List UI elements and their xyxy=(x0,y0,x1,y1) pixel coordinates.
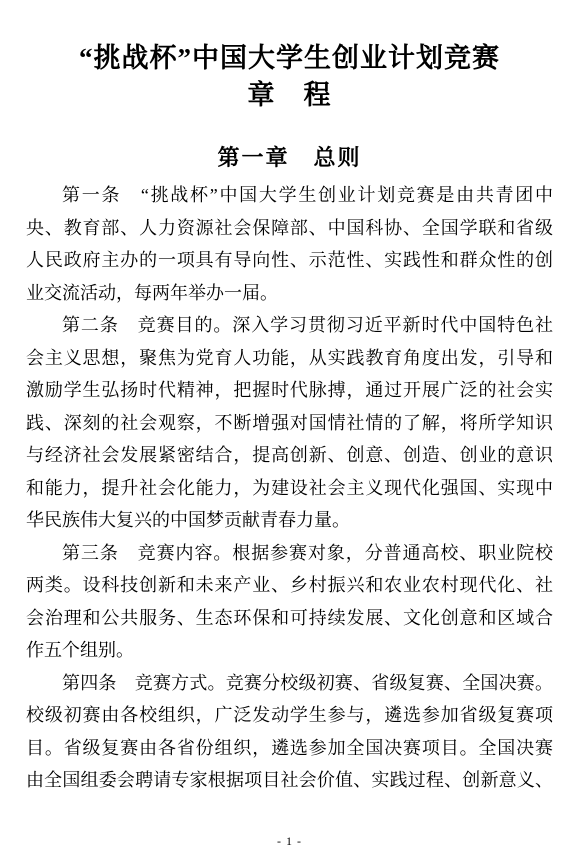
body-line: 会主义思想，聚焦为党育人功能，从实践教育角度出发，引导和 xyxy=(26,342,553,375)
body-line: 业交流活动，每两年举办一届。 xyxy=(26,277,553,310)
document-title: “挑战杯”中国大学生创业计划竞赛 章 程 xyxy=(0,18,579,114)
body-line: 校级初赛由各校组织，广泛发动学生参与，遴选参加省级复赛项 xyxy=(26,699,553,732)
body-line: 由全国组委会聘请专家根据项目社会价值、实践过程、创新意义、 xyxy=(26,764,553,797)
body-line: 华民族伟大复兴的中国梦贡献青春力量。 xyxy=(26,504,553,537)
page-footer: - 1 - xyxy=(0,834,579,849)
paragraph-article-2: 第二条 竞赛目的。深入学习贯彻习近平新时代中国特色社 会主义思想，聚焦为党育人功… xyxy=(26,309,553,537)
body-line: 目。省级复赛由各省份组织，遴选参加全国决赛项目。全国决赛 xyxy=(26,732,553,765)
body-line: 激励学生弘扬时代精神，把握时代脉搏，通过开展广泛的社会实 xyxy=(26,374,553,407)
paragraph-article-3: 第三条 竞赛内容。根据参赛对象，分普通高校、职业院校 两类。设科技创新和未来产业… xyxy=(26,537,553,667)
chapter-heading: 第一章 总则 xyxy=(0,145,579,171)
body-line: 第一条 “挑战杯”中国大学生创业计划竞赛是由共青团中 xyxy=(26,179,553,212)
body-line: 第四条 竞赛方式。竞赛分校级初赛、省级复赛、全国决赛。 xyxy=(26,667,553,700)
body-line: 两类。设科技创新和未来产业、乡村振兴和农业农村现代化、社 xyxy=(26,569,553,602)
body-line: 第二条 竞赛目的。深入学习贯彻习近平新时代中国特色社 xyxy=(26,309,553,342)
paragraph-article-4: 第四条 竞赛方式。竞赛分校级初赛、省级复赛、全国决赛。 校级初赛由各校组织，广泛… xyxy=(26,667,553,797)
document-title-line-1: “挑战杯”中国大学生创业计划竞赛 xyxy=(0,40,579,77)
page-number: - 1 - xyxy=(277,834,302,848)
body-line: 和能力，提升社会化能力，为建设社会主义现代化强国、实现中 xyxy=(26,472,553,505)
body-line: 人民政府主办的一项具有导向性、示范性、实践性和群众性的创 xyxy=(26,244,553,277)
paragraph-article-1: 第一条 “挑战杯”中国大学生创业计划竞赛是由共青团中 央、教育部、人力资源社会保… xyxy=(26,179,553,309)
document-page: “挑战杯”中国大学生创业计划竞赛 章 程 第一章 总则 第一条 “挑战杯”中国大… xyxy=(0,0,579,856)
body-line: 第三条 竞赛内容。根据参赛对象，分普通高校、职业院校 xyxy=(26,537,553,570)
body-line: 践、深刻的社会观察，不断增强对国情社情的了解，将所学知识 xyxy=(26,407,553,440)
body-line: 会治理和公共服务、生态环保和可持续发展、文化创意和区域合 xyxy=(26,602,553,635)
document-body: 第一条 “挑战杯”中国大学生创业计划竞赛是由共青团中 央、教育部、人力资源社会保… xyxy=(26,179,553,797)
document-title-line-2: 章 程 xyxy=(0,77,579,114)
body-line: 作五个组别。 xyxy=(26,634,553,667)
body-line: 与经济社会发展紧密结合，提高创新、创意、创造、创业的意识 xyxy=(26,439,553,472)
body-line: 央、教育部、人力资源社会保障部、中国科协、全国学联和省级 xyxy=(26,212,553,245)
